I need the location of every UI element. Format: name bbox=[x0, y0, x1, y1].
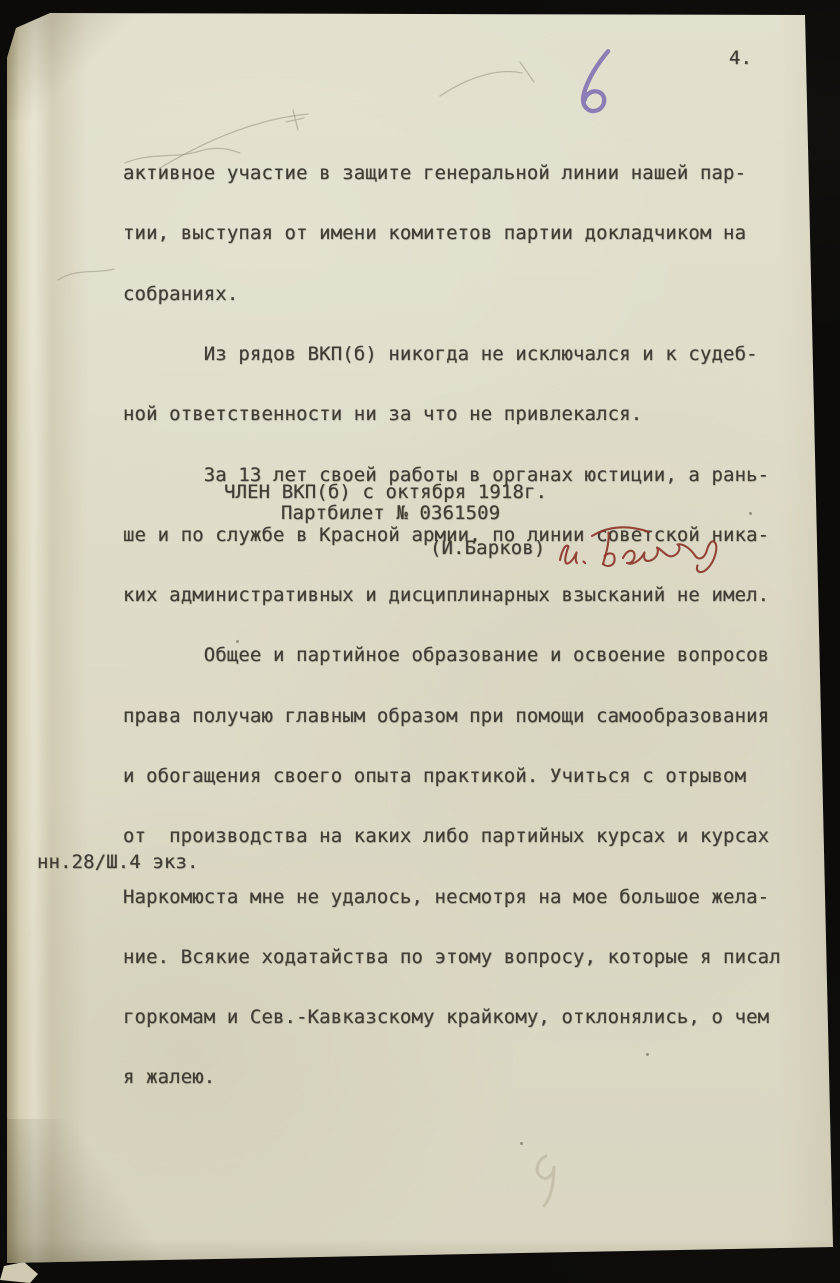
typewritten-body: активное участие в защите генеральной ли… bbox=[123, 123, 781, 1128]
handwritten-signature bbox=[551, 520, 731, 578]
torn-page-scrap bbox=[0, 1262, 42, 1283]
body-line: права получаю главным образом при помощи… bbox=[123, 706, 781, 726]
typist-copies-note: нн.28/Ш.4 экз. bbox=[37, 851, 199, 873]
body-line: Общее и партийное образование и освоение… bbox=[123, 645, 781, 665]
party-card-number-line: Партбилет № 0361509 bbox=[281, 502, 500, 524]
membership-line: ЧЛЕН ВКП(б) с октября 1918г. bbox=[224, 481, 547, 503]
body-line: активное участие в защите генеральной ли… bbox=[123, 163, 781, 183]
handwritten-folio-number bbox=[572, 48, 620, 114]
document-page: 4. активное участие в защите генеральной… bbox=[0, 0, 840, 1283]
body-line: горкомам и Сев.-Кавказскому крайкому, от… bbox=[123, 1007, 781, 1027]
body-line: ной ответственности ни за что не привлек… bbox=[123, 404, 781, 424]
body-line: я жалею. bbox=[123, 1067, 781, 1087]
body-line: Из рядов ВКП(б) никогда не исключался и … bbox=[123, 344, 781, 364]
body-line: ние. Всякие ходатайства по этому вопросу… bbox=[123, 947, 781, 967]
page-number: 4. bbox=[729, 47, 752, 69]
typed-name: (И.Барков) bbox=[430, 537, 545, 559]
body-line: от производства на каких либо партийных … bbox=[123, 826, 781, 846]
paper-speck bbox=[520, 1142, 523, 1145]
body-line: и обогащения своего опыта практикой. Учи… bbox=[123, 766, 781, 786]
body-line: собраниях. bbox=[123, 284, 781, 304]
body-line: ких административных и дисциплинарных вз… bbox=[123, 585, 781, 605]
body-line: тии, выступая от имени комитетов партии … bbox=[123, 223, 781, 243]
body-line: Наркомюста мне не удалось, несмотря на м… bbox=[123, 887, 781, 907]
scan-background: 4. активное участие в защите генеральной… bbox=[0, 0, 840, 1283]
